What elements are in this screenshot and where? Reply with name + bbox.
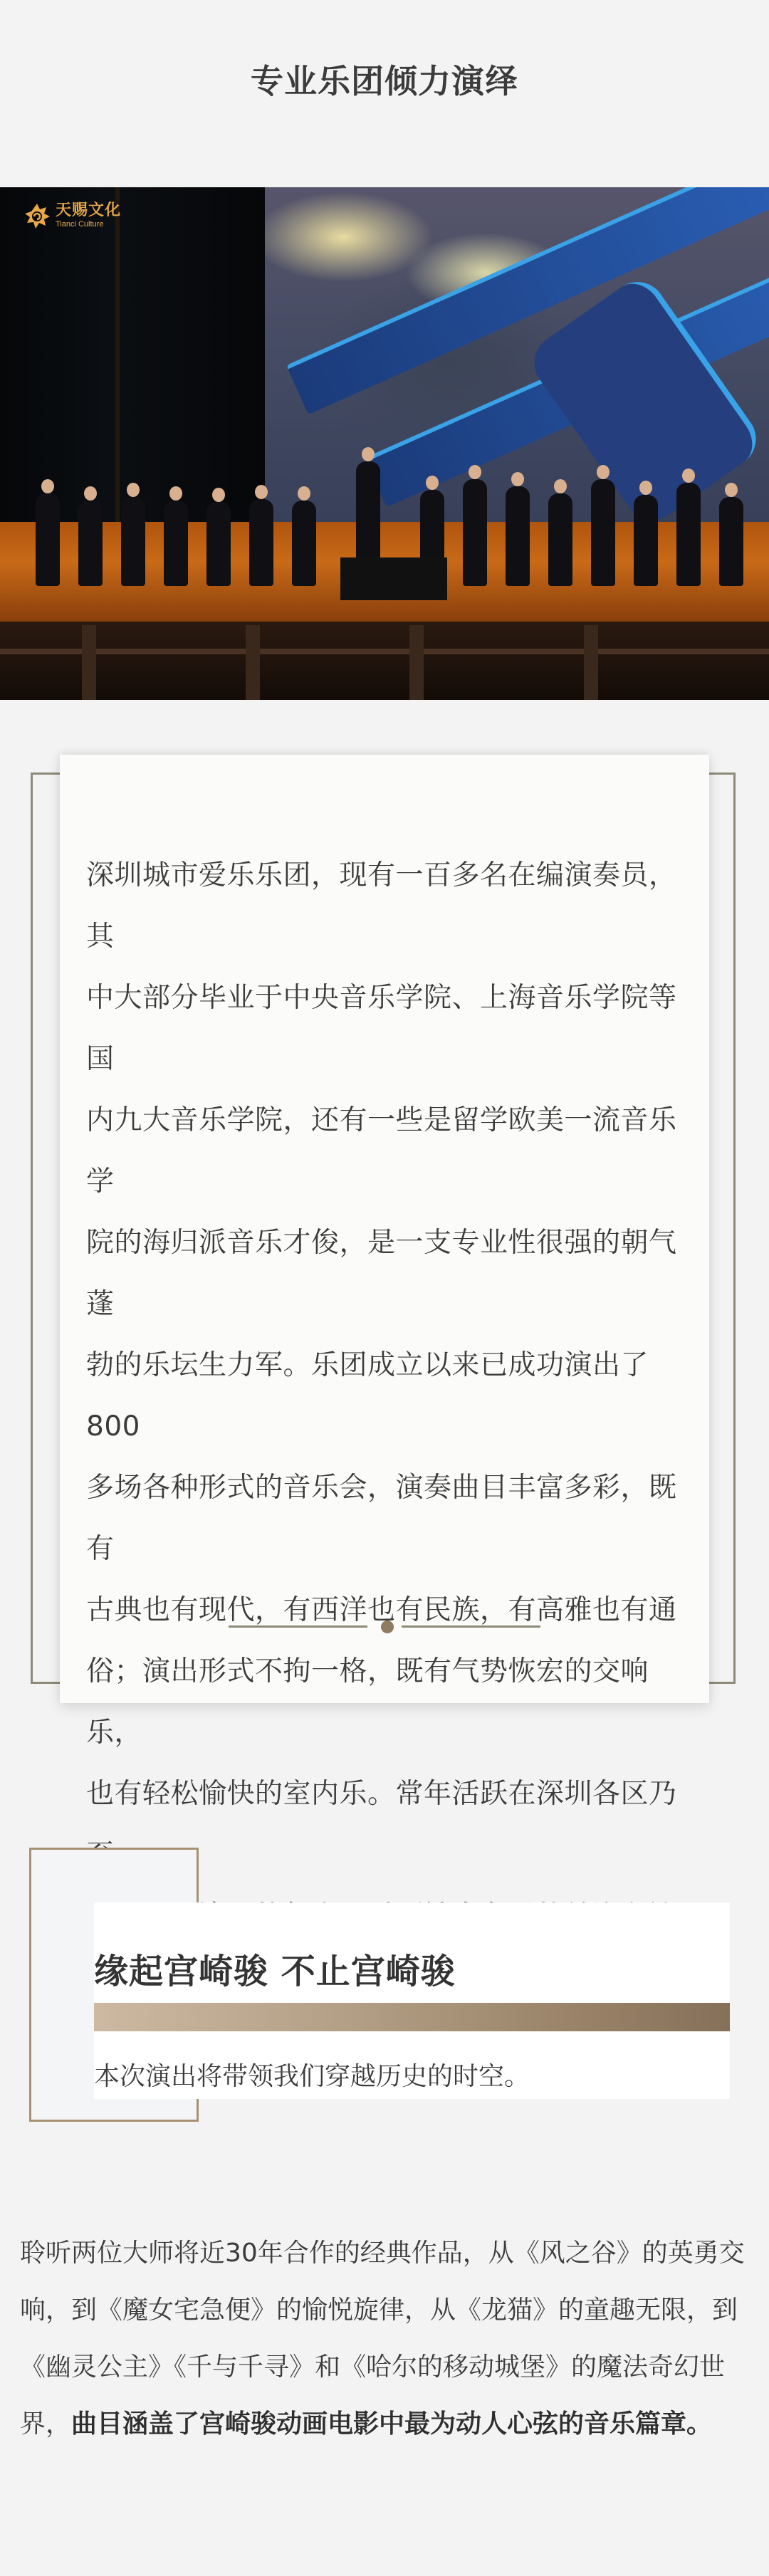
gradient-bar xyxy=(94,2003,730,2031)
logo-name-cn: 天赐文化 xyxy=(56,203,121,219)
text-line: 院的海归派音乐才俊，是一支专业性很强的朝气蓬 xyxy=(86,1213,684,1335)
divider-dot-icon xyxy=(381,1621,394,1633)
rail-post xyxy=(584,625,598,700)
closing-paragraph: 聆听两位大师将近30年合作的经典作品，从《风之谷》的英勇交响，到《魔女宅急便》的… xyxy=(20,2225,753,2453)
rail-post xyxy=(246,625,260,700)
text-line: 勃的乐坛生力军。乐团成立以来已成功演出了800 xyxy=(86,1335,684,1457)
text-line: 俗；演出形式不拘一格，既有气势恢宏的交响乐， xyxy=(86,1641,684,1764)
text-line: 内九大音乐学院，还有一些是留学欧美一流音乐学 xyxy=(86,1090,684,1213)
section-heading: 缘起宫崎骏 不止宫崎骏 xyxy=(94,1944,456,1993)
closing-text: 聆听两位大师将近30年合作的经典作品，从《风之谷》的英勇交响，到《魔女宅急便》的… xyxy=(20,2239,745,2439)
divider-line-left xyxy=(229,1625,367,1628)
text-line: 多场各种形式的音乐会，演奏曲目丰富多彩，既有 xyxy=(86,1457,684,1580)
stage-front-wall xyxy=(0,622,769,700)
divider-line-right xyxy=(402,1625,540,1628)
closing-emphasis: 曲目涵盖了宫崎骏动画电影中最为动人心弦的音乐篇章。 xyxy=(71,2409,712,2439)
text-line: 中大部分毕业于中央音乐学院、上海音乐学院等国 xyxy=(86,968,684,1090)
section-title: 专业乐团倾力演绎 xyxy=(0,56,769,103)
brand-logo: 天赐文化 Tianci Culture xyxy=(23,201,121,230)
orchestra-photo: 天赐文化 Tianci Culture xyxy=(0,187,769,700)
rail-post xyxy=(409,625,424,700)
balcony-rail xyxy=(0,649,769,654)
text-line: 深圳城市爱乐乐团，现有一百多名在编演奏员，其 xyxy=(86,845,684,968)
logo-name-en: Tianci Culture xyxy=(56,221,121,229)
rail-post xyxy=(82,625,96,700)
sun-swirl-logo-icon xyxy=(23,201,51,230)
section-subtitle: 本次演出将带领我们穿越历史的时空。 xyxy=(94,2056,530,2093)
conductor-podium xyxy=(340,557,447,600)
